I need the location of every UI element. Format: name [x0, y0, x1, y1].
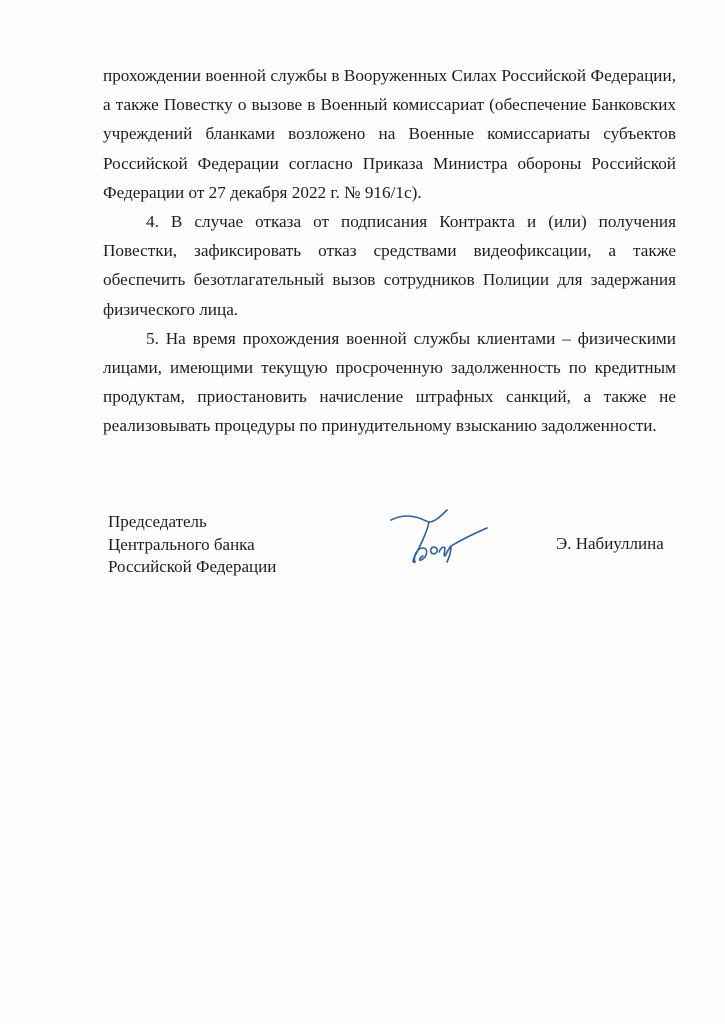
signatory-name: Э. Набиуллина [556, 533, 664, 555]
signature-block: Председатель Центрального банка Российск… [0, 0, 725, 1024]
signatory-title-line: Председатель [108, 511, 276, 534]
signatory-title-line: Центрального банка [108, 534, 276, 557]
signatory-title: Председатель Центрального банка Российск… [108, 511, 276, 579]
document-page: прохождении военной службы в Вооруженных… [0, 0, 725, 1024]
signatory-title-line: Российской Федерации [108, 556, 276, 579]
handwritten-signature-icon [385, 500, 505, 572]
